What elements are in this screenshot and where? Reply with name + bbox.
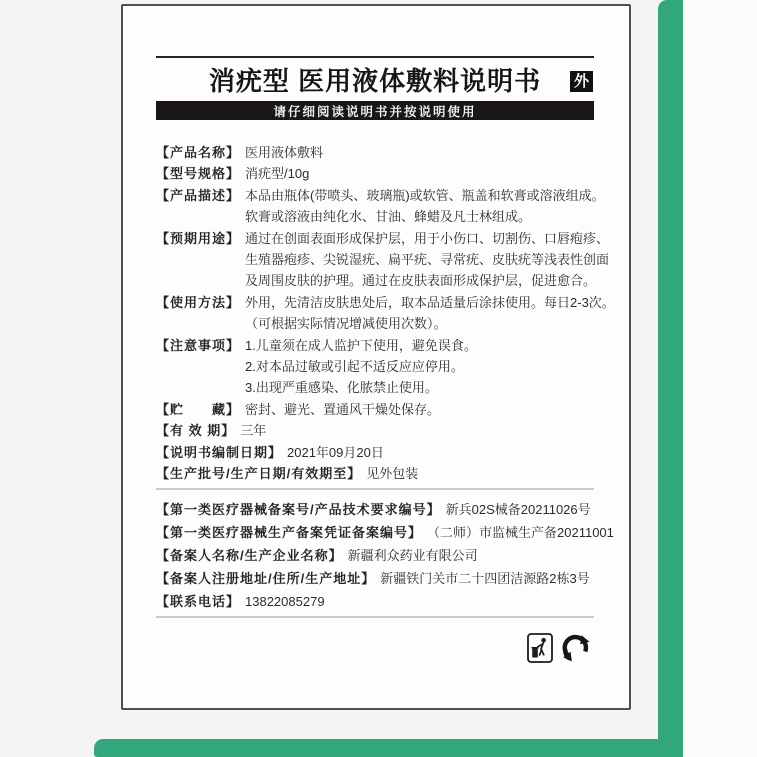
page-title: 消疣型 医用液体敷料说明书 bbox=[156, 60, 594, 102]
field-label: 【第一类医疗器械备案号/产品技术要求编号】 bbox=[156, 498, 441, 521]
title-top-rule bbox=[156, 56, 594, 58]
field-value: 外用，先清洁皮肤患处后，取本品适量后涂抹使用。每日2-3次。（可根据实际情况增减… bbox=[245, 292, 598, 335]
field-label: 【产品名称】 bbox=[156, 142, 240, 163]
field-value-line: 见外包装 bbox=[366, 463, 598, 484]
field-value-line: 及周围皮肤的护理。通过在皮肤表面形成保护层，促进愈合。 bbox=[245, 270, 598, 291]
field-value-line: 新兵02S械备20211026号 bbox=[446, 498, 598, 521]
read-instructions-banner: 请仔细阅读说明书并按说明使用 bbox=[156, 101, 594, 120]
field-row: 【第一类医疗器械备案号/产品技术要求编号】新兵02S械备20211026号 bbox=[156, 498, 598, 521]
field-label: 【贮 藏】 bbox=[156, 399, 240, 420]
field-label: 【备案人名称/生产企业名称】 bbox=[156, 544, 343, 567]
field-row: 【注意事项】1.儿童须在成人监护下使用，避免误食。2.对本品过敏或引起不适反应应… bbox=[156, 335, 598, 399]
field-value-line: 软膏或溶液由纯化水、甘油、蜂蜡及凡士林组成。 bbox=[245, 206, 598, 227]
field-row: 【联系电话】13822085279 bbox=[156, 590, 598, 613]
field-value-line: 医用液体敷料 bbox=[245, 142, 598, 163]
field-value-line: 3.出现严重感染、化脓禁止使用。 bbox=[245, 377, 598, 398]
field-value-line: 通过在创面表面形成保护层，用于小伤口、切割伤、口唇疱疹、 bbox=[245, 228, 598, 249]
field-row: 【预期用途】通过在创面表面形成保护层，用于小伤口、切割伤、口唇疱疹、生殖器疱疹、… bbox=[156, 228, 598, 292]
field-value: 本品由瓶体(带喷头、玻璃瓶)或软管、瓶盖和软膏或溶液组成。软膏或溶液由纯化水、甘… bbox=[245, 185, 598, 228]
leaflet-photo: 消疣型 医用液体敷料说明书 外 请仔细阅读说明书并按说明使用 【产品名称】医用液… bbox=[0, 0, 757, 757]
field-row: 【产品名称】医用液体敷料 bbox=[156, 142, 598, 163]
field-label: 【第一类医疗器械生产备案凭证备案编号】 bbox=[156, 521, 422, 544]
field-value-line: 密封、避光、置通风干燥处保存。 bbox=[245, 399, 598, 420]
field-value: 通过在创面表面形成保护层，用于小伤口、切割伤、口唇疱疹、生殖器疱疹、尖锐湿疣、扁… bbox=[245, 228, 598, 292]
field-value-line: 本品由瓶体(带喷头、玻璃瓶)或软管、瓶盖和软膏或溶液组成。 bbox=[245, 185, 598, 206]
field-value: 密封、避光、置通风干燥处保存。 bbox=[245, 399, 598, 420]
field-label: 【生产批号/生产日期/有效期至】 bbox=[156, 463, 361, 484]
field-row: 【有 效 期】三年 bbox=[156, 420, 598, 441]
main-fields: 【产品名称】医用液体敷料【型号规格】消疣型/10g【产品描述】本品由瓶体(带喷头… bbox=[156, 142, 598, 485]
field-row: 【型号规格】消疣型/10g bbox=[156, 163, 598, 184]
field-value-line: 消疣型/10g bbox=[245, 163, 598, 184]
field-value-line: 外用，先清洁皮肤患处后，取本品适量后涂抹使用。每日2-3次。 bbox=[245, 292, 598, 313]
field-value-line: 13822085279 bbox=[245, 590, 598, 613]
field-value: （二师）市监械生产备20211001 bbox=[427, 521, 598, 544]
green-accent-vertical-bar bbox=[658, 0, 683, 757]
field-label: 【备案人注册地址/住所/生产地址】 bbox=[156, 567, 375, 590]
field-value-line: （二师）市监械生产备20211001 bbox=[427, 521, 598, 544]
section-divider bbox=[156, 488, 594, 490]
field-value: 消疣型/10g bbox=[245, 163, 598, 184]
field-value: 见外包装 bbox=[366, 463, 598, 484]
field-row: 【贮 藏】密封、避光、置通风干燥处保存。 bbox=[156, 399, 598, 420]
section-divider bbox=[156, 616, 594, 618]
field-value-line: （可根据实际情况增减使用次数）。 bbox=[245, 313, 598, 334]
field-row: 【生产批号/生产日期/有效期至】见外包装 bbox=[156, 463, 598, 484]
field-value-line: 生殖器疱疹、尖锐湿疣、扁平疣、寻常疣、皮肤疣等浅表性创面 bbox=[245, 249, 598, 270]
external-use-badge: 外 bbox=[570, 71, 593, 92]
field-value: 新兵02S械备20211026号 bbox=[446, 498, 598, 521]
registration-fields: 【第一类医疗器械备案号/产品技术要求编号】新兵02S械备20211026号【第一… bbox=[156, 498, 598, 613]
field-value-line: 2021年09月20日 bbox=[287, 442, 598, 463]
field-row: 【备案人注册地址/住所/生产地址】新疆铁门关市二十四团洁源路2栋3号 bbox=[156, 567, 598, 590]
field-value: 1.儿童须在成人监护下使用，避免误食。2.对本品过敏或引起不适反应应停用。3.出… bbox=[245, 335, 598, 399]
field-value-line: 三年 bbox=[240, 420, 598, 441]
field-label: 【注意事项】 bbox=[156, 335, 240, 356]
field-value: 新疆铁门关市二十四团洁源路2栋3号 bbox=[380, 567, 598, 590]
field-label: 【产品描述】 bbox=[156, 185, 240, 206]
field-value: 医用液体敷料 bbox=[245, 142, 598, 163]
packaging-symbols bbox=[527, 632, 591, 663]
field-row: 【使用方法】外用，先清洁皮肤患处后，取本品适量后涂抹使用。每日2-3次。（可根据… bbox=[156, 292, 598, 335]
field-value: 2021年09月20日 bbox=[287, 442, 598, 463]
field-label: 【使用方法】 bbox=[156, 292, 240, 313]
field-row: 【说明书编制日期】2021年09月20日 bbox=[156, 442, 598, 463]
field-label: 【型号规格】 bbox=[156, 163, 240, 184]
tidyman-dispose-icon bbox=[527, 633, 553, 663]
field-value: 三年 bbox=[240, 420, 598, 441]
field-label: 【预期用途】 bbox=[156, 228, 240, 249]
title-row: 消疣型 医用液体敷料说明书 外 bbox=[156, 60, 594, 102]
field-value-line: 新疆利众药业有限公司 bbox=[348, 544, 598, 567]
field-label: 【说明书编制日期】 bbox=[156, 442, 282, 463]
field-label: 【有 效 期】 bbox=[156, 420, 235, 441]
background-right-panel bbox=[683, 0, 757, 757]
field-label: 【联系电话】 bbox=[156, 590, 240, 613]
field-row: 【第一类医疗器械生产备案凭证备案编号】（二师）市监械生产备20211001 bbox=[156, 521, 598, 544]
field-value: 新疆利众药业有限公司 bbox=[348, 544, 598, 567]
field-value: 13822085279 bbox=[245, 590, 598, 613]
field-value-line: 2.对本品过敏或引起不适反应应停用。 bbox=[245, 356, 598, 377]
green-accent-horizontal-bar bbox=[94, 739, 683, 757]
field-row: 【备案人名称/生产企业名称】新疆利众药业有限公司 bbox=[156, 544, 598, 567]
green-dot-recycle-icon bbox=[560, 632, 591, 663]
field-value-line: 新疆铁门关市二十四团洁源路2栋3号 bbox=[380, 567, 598, 590]
field-value-line: 1.儿童须在成人监护下使用，避免误食。 bbox=[245, 335, 598, 356]
field-row: 【产品描述】本品由瓶体(带喷头、玻璃瓶)或软管、瓶盖和软膏或溶液组成。软膏或溶液… bbox=[156, 185, 598, 228]
instruction-sheet: 消疣型 医用液体敷料说明书 外 请仔细阅读说明书并按说明使用 【产品名称】医用液… bbox=[121, 4, 631, 710]
